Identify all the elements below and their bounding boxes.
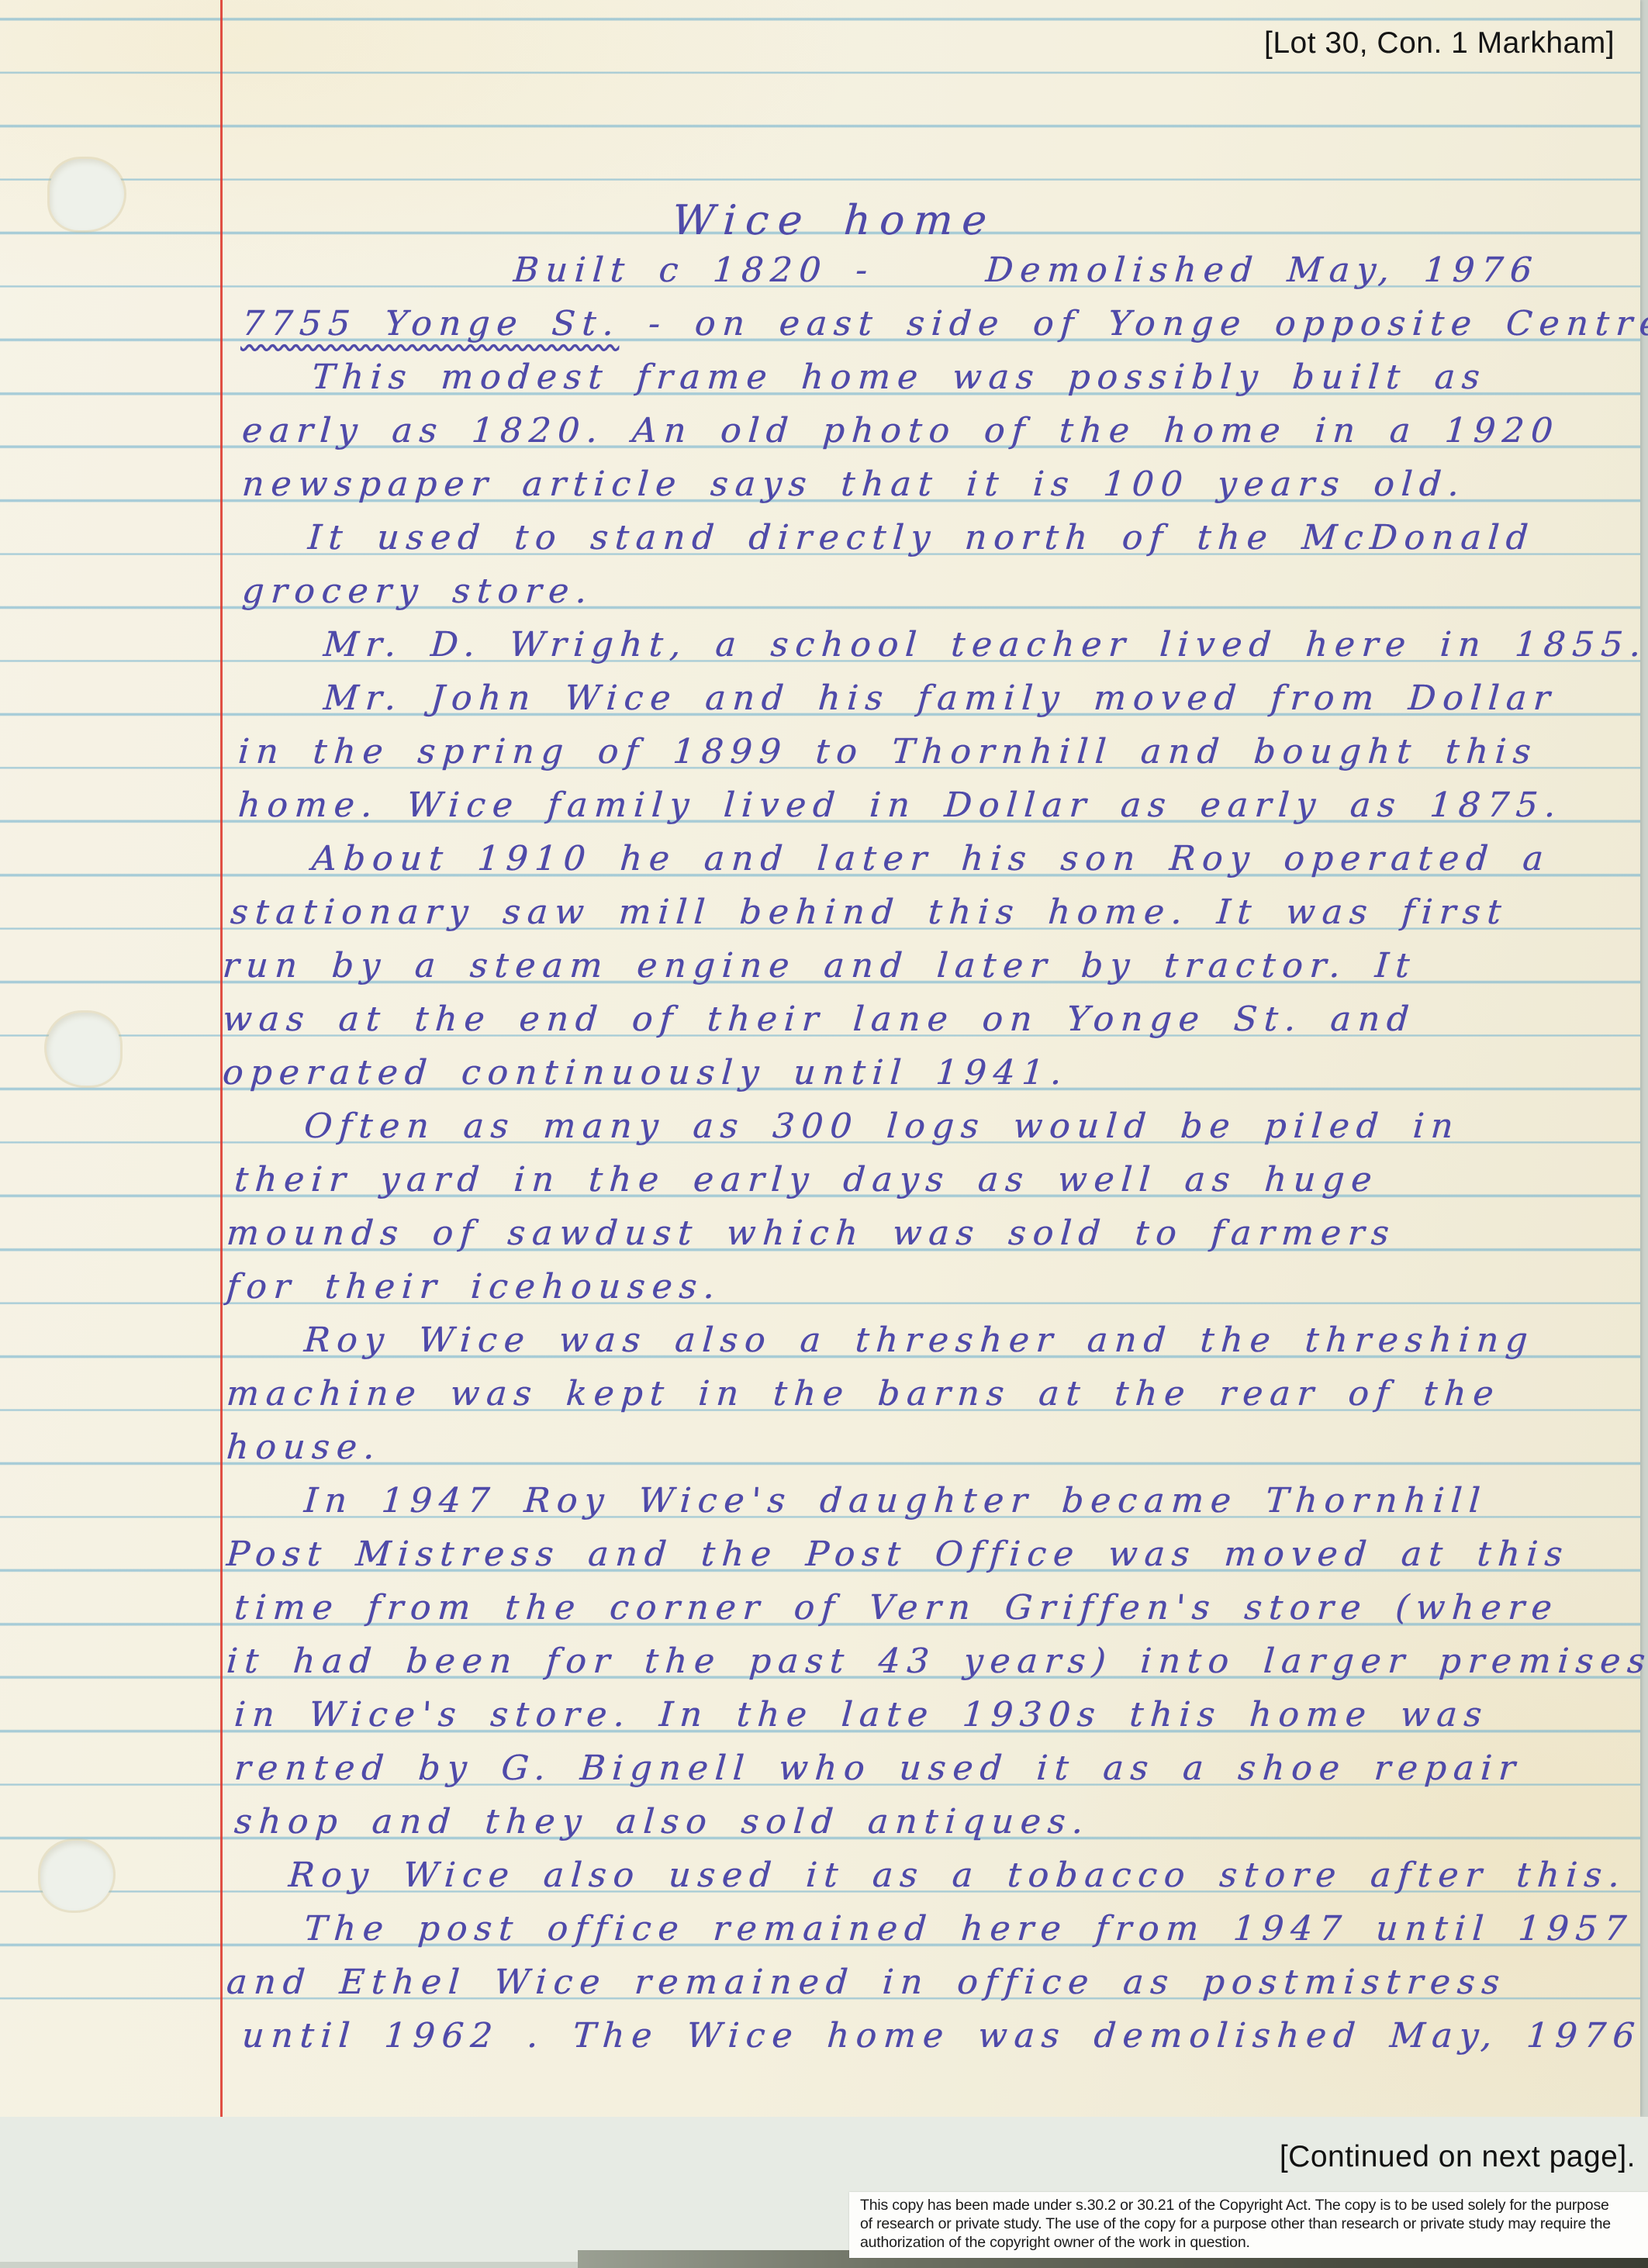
manuscript-title: Wice home (671, 197, 997, 240)
handwritten-line: It used to stand directly north of the M… (306, 518, 1536, 561)
handwritten-line: In 1947 Roy Wice's daughter became Thorn… (302, 1481, 1488, 1524)
handwritten-line: was at the end of their lane on Yonge St… (221, 999, 1417, 1043)
handwritten-line: their yard in the early days as well as … (233, 1160, 1380, 1203)
handwritten-line: stationary saw mill behind this home. It… (229, 892, 1509, 936)
handwritten-line: rented by G. Bignell who used it as a sh… (233, 1748, 1523, 1792)
scanner-background: [Continued on next page]. This copy has … (0, 2117, 1648, 2268)
handwritten-line: and Ethel Wice remained in office as pos… (225, 1962, 1508, 2006)
handwritten-line: About 1910 he and later his son Roy oper… (310, 839, 1551, 882)
notebook-paper: Wice homeBuilt c 1820 - Demolished May, … (0, 0, 1640, 2117)
handwritten-line: home. Wice family lived in Dollar as ear… (237, 785, 1563, 829)
handwritten-line: until 1962 . The Wice home was demolishe… (240, 2016, 1643, 2059)
handwritten-line: in Wice's store. In the late 1930s this … (233, 1695, 1490, 1738)
handwritten-line: shop and they also sold antiques. (233, 1802, 1091, 1845)
copyright-text: This copy has been made under s.30.2 or … (860, 2196, 1624, 2252)
handwritten-line: Mr. D. Wright, a school teacher lived he… (322, 625, 1648, 668)
lot-label: [Lot 30, Con. 1 Markham] (1264, 26, 1615, 60)
scanned-page: Wice homeBuilt c 1820 - Demolished May, … (0, 0, 1648, 2268)
underlined-address: 7755 Yonge St. (240, 304, 622, 343)
handwritten-line: Built c 1820 - Demolished May, 1976 (512, 250, 1540, 294)
handwritten-line: Roy Wice was also a thresher and the thr… (302, 1320, 1536, 1364)
handwritten-line: it had been for the past 43 years) into … (225, 1641, 1648, 1685)
handwritten-line: time from the corner of Vern Griffen's s… (233, 1588, 1560, 1631)
handwritten-line: run by a steam engine and later by tract… (221, 946, 1418, 989)
handwritten-line: early as 1820. An old photo of the home … (240, 411, 1561, 454)
handwritten-line: 7755 Yonge St. - on east side of Yonge o… (240, 304, 1648, 347)
copyright-stamp: This copy has been made under s.30.2 or … (849, 2192, 1648, 2258)
handwritten-line: operated continuously until 1941. (221, 1053, 1069, 1096)
manuscript: Wice homeBuilt c 1820 - Demolished May, … (0, 0, 1640, 2117)
handwritten-line: mounds of sawdust which was sold to farm… (225, 1213, 1397, 1257)
continued-label: [Continued on next page]. (1280, 2140, 1636, 2174)
handwritten-line: The post office remained here from 1947 … (302, 1909, 1634, 1952)
handwritten-line: in the spring of 1899 to Thornhill and b… (237, 732, 1539, 775)
handwritten-line: This modest frame home was possibly buil… (310, 357, 1487, 401)
handwritten-line: Often as many as 300 logs would be piled… (302, 1106, 1461, 1150)
handwritten-line: newspaper article says that it is 100 ye… (240, 464, 1467, 508)
handwritten-line: Roy Wice also used it as a tobacco store… (287, 1855, 1628, 1899)
handwritten-line: Post Mistress and the Post Office was mo… (225, 1534, 1570, 1578)
handwritten-line: house. (225, 1427, 383, 1471)
handwritten-line: grocery store. (240, 571, 595, 615)
handwritten-line: Mr. John Wice and his family moved from … (322, 678, 1558, 722)
handwritten-line: machine was kept in the barns at the rea… (225, 1374, 1501, 1417)
handwritten-line: for their icehouses. (225, 1267, 723, 1310)
